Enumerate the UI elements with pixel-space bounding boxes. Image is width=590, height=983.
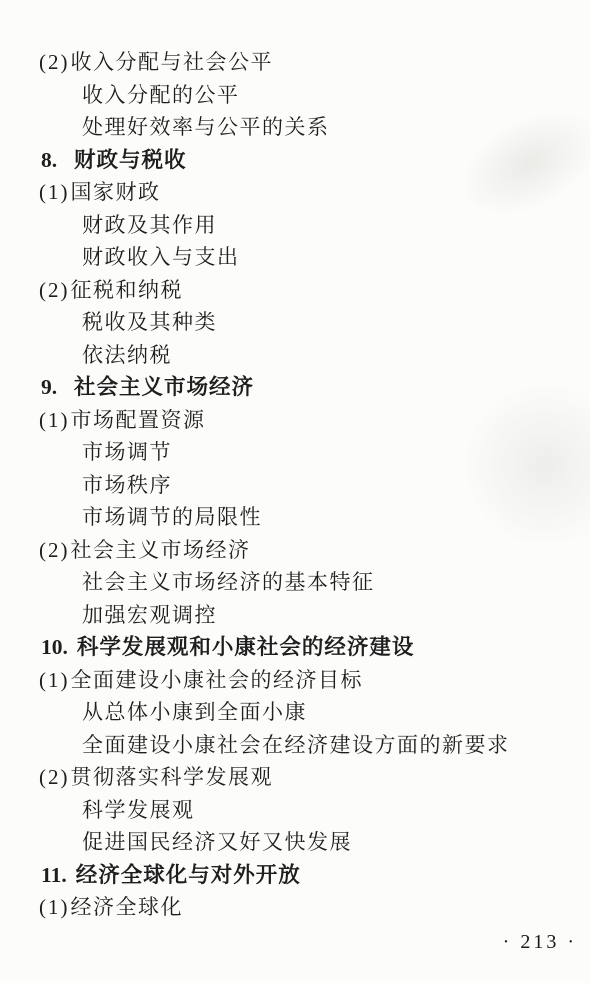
item-text: 加强宏观调控	[82, 603, 217, 627]
item-marker: (1)	[39, 408, 70, 432]
item-text: 财政与税收	[74, 148, 187, 172]
item-marker: 10.	[41, 631, 68, 664]
item-text: 科学发展观	[82, 798, 195, 822]
outline-item: 科学发展观	[0, 794, 590, 827]
outline-item: 促进国民经济又好又快发展	[0, 826, 590, 859]
item-text: 全面建设小康社会在经济建设方面的新要求	[82, 733, 510, 757]
outline-item: (1)市场配置资源	[0, 404, 590, 437]
outline-item: 收入分配的公平	[0, 79, 590, 112]
item-text: 市场秩序	[82, 473, 172, 497]
outline-item: 税收及其种类	[0, 306, 590, 339]
outline-item: (1)全面建设小康社会的经济目标	[0, 664, 590, 697]
item-text: 处理好效率与公平的关系	[82, 115, 330, 139]
outline-item: 财政及其作用	[0, 209, 590, 242]
item-text: 市场调节的局限性	[82, 505, 262, 529]
outline-item: 市场调节的局限性	[0, 501, 590, 534]
item-text: 税收及其种类	[82, 310, 217, 334]
outline-heading: 10.科学发展观和小康社会的经济建设	[0, 631, 590, 664]
item-text: 征税和纳税	[71, 278, 184, 302]
item-text: 社会主义市场经济的基本特征	[82, 570, 375, 594]
item-text: 收入分配与社会公平	[71, 50, 274, 74]
outline-item: 处理好效率与公平的关系	[0, 111, 590, 144]
outline-item: 加强宏观调控	[0, 599, 590, 632]
outline-heading: 9.社会主义市场经济	[0, 371, 590, 404]
item-marker: (1)	[39, 668, 70, 692]
outline-item: 财政收入与支出	[0, 241, 590, 274]
outline-item: (2)社会主义市场经济	[0, 534, 590, 567]
item-marker: 11.	[41, 859, 67, 892]
item-text: 促进国民经济又好又快发展	[82, 830, 352, 854]
item-marker: (1)	[39, 895, 70, 919]
item-text: 经济全球化	[71, 895, 184, 919]
item-marker: (2)	[39, 765, 70, 789]
item-text: 经济全球化与对外开放	[76, 863, 301, 887]
outline-item: (2)征税和纳税	[0, 274, 590, 307]
item-text: 全面建设小康社会的经济目标	[71, 668, 364, 692]
item-text: 国家财政	[71, 180, 161, 204]
item-text: 依法纳税	[82, 343, 172, 367]
item-text: 科学发展观和小康社会的经济建设	[77, 635, 415, 659]
item-text: 社会主义市场经济	[74, 375, 254, 399]
outline-item: (1)经济全球化	[0, 891, 590, 924]
outline-item: (2)贯彻落实科学发展观	[0, 761, 590, 794]
item-text: 从总体小康到全面小康	[82, 700, 307, 724]
outline-item: 市场秩序	[0, 469, 590, 502]
item-text: 财政及其作用	[82, 213, 217, 237]
outline-item: 全面建设小康社会在经济建设方面的新要求	[0, 729, 590, 762]
item-text: 财政收入与支出	[82, 245, 240, 269]
outline-heading: 11.经济全球化与对外开放	[0, 859, 590, 892]
book-page: (2)收入分配与社会公平收入分配的公平处理好效率与公平的关系8.财政与税收(1)…	[0, 0, 590, 983]
item-text: 收入分配的公平	[82, 83, 240, 107]
outline-list: (2)收入分配与社会公平收入分配的公平处理好效率与公平的关系8.财政与税收(1)…	[0, 46, 590, 924]
item-marker: 8.	[41, 144, 65, 177]
item-marker: (2)	[39, 538, 70, 562]
outline-item: 从总体小康到全面小康	[0, 696, 590, 729]
outline-item: (2)收入分配与社会公平	[0, 46, 590, 79]
item-marker: (2)	[39, 50, 70, 74]
page-number: · 213 ·	[503, 931, 577, 954]
item-text: 市场配置资源	[71, 408, 206, 432]
item-marker: 9.	[41, 371, 65, 404]
outline-item: (1)国家财政	[0, 176, 590, 209]
outline-item: 依法纳税	[0, 339, 590, 372]
outline-heading: 8.财政与税收	[0, 144, 590, 177]
item-marker: (2)	[39, 278, 70, 302]
item-text: 市场调节	[82, 440, 172, 464]
item-text: 贯彻落实科学发展观	[71, 765, 274, 789]
item-text: 社会主义市场经济	[71, 538, 251, 562]
outline-item: 市场调节	[0, 436, 590, 469]
item-marker: (1)	[39, 180, 70, 204]
outline-item: 社会主义市场经济的基本特征	[0, 566, 590, 599]
